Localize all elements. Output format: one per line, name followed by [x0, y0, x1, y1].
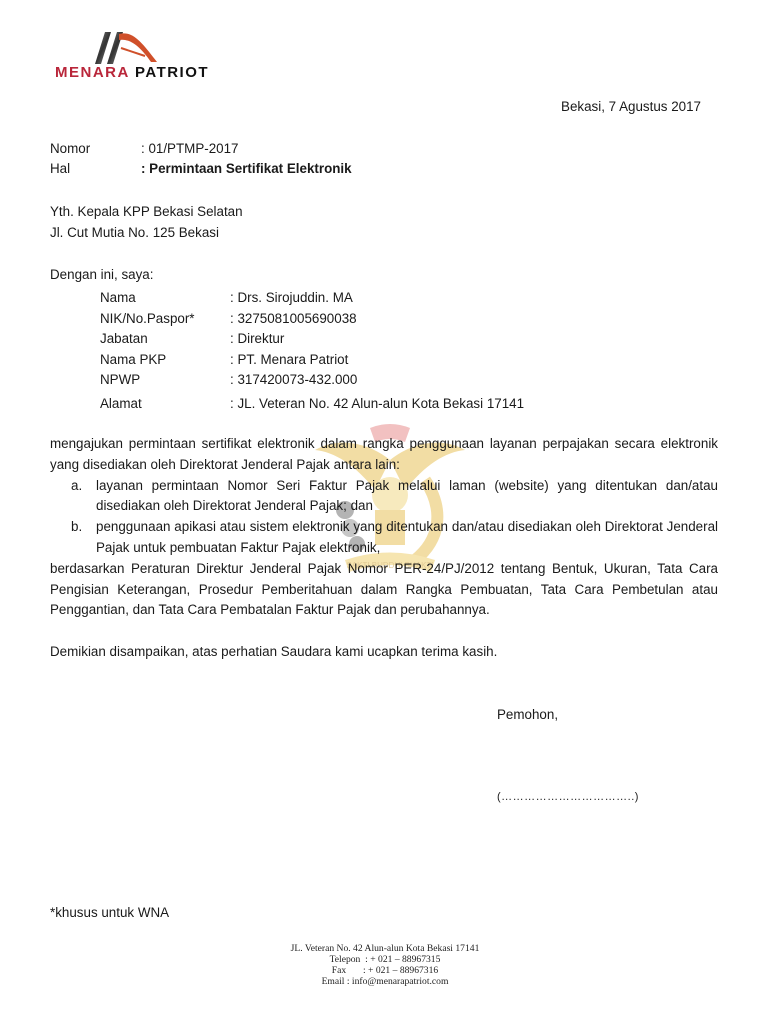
intro-text: Dengan ini, saya:: [50, 267, 153, 282]
identity-row: Nama: Drs. Sirojuddin. MA: [100, 288, 524, 309]
identity-label: NIK/No.Paspor*: [100, 309, 230, 330]
identity-row: Nama PKP: PT. Menara Patriot: [100, 350, 524, 371]
recipient-line1: Yth. Kepala KPP Bekasi Selatan: [50, 204, 243, 219]
body-section: mengajukan permintaan sertifikat elektro…: [50, 434, 718, 663]
list-marker: b.: [71, 517, 82, 538]
identity-value: : JL. Veteran No. 42 Alun-alun Kota Beka…: [230, 396, 524, 411]
signature-label: Pemohon,: [497, 707, 558, 722]
identity-row: NIK/No.Paspor*: 3275081005690038: [100, 309, 524, 330]
letter-date: Bekasi, 7 Agustus 2017: [561, 99, 701, 114]
signature-blank: (……………………………..): [497, 791, 639, 803]
company-logo: MENARA PATRIOT: [55, 26, 215, 86]
identity-table: Nama: Drs. Sirojuddin. MA NIK/No.Paspor*…: [100, 288, 524, 415]
list-marker: a.: [71, 476, 82, 497]
identity-value: : Direktur: [230, 331, 284, 346]
identity-label: Nama: [100, 288, 230, 309]
identity-value: : 3275081005690038: [230, 311, 357, 326]
company-name: MENARA PATRIOT: [55, 64, 209, 81]
list-item-a: a. layanan permintaan Nomor Seri Faktur …: [50, 476, 718, 518]
footer-phone: Telepon : + 021 – 88967315: [270, 954, 500, 965]
paragraph-regulation: berdasarkan Peraturan Direktur Jenderal …: [50, 559, 718, 621]
identity-row: Jabatan: Direktur: [100, 329, 524, 350]
identity-label: NPWP: [100, 370, 230, 391]
hal-label: Hal: [50, 161, 141, 176]
paragraph-closing: Demikian disampaikan, atas perhatian Sau…: [50, 642, 718, 663]
identity-value: : 317420073-432.000: [230, 372, 357, 387]
identity-label: Nama PKP: [100, 350, 230, 371]
company-name-part1: MENARA: [55, 64, 129, 81]
letter-footer: JL. Veteran No. 42 Alun-alun Kota Bekasi…: [270, 943, 500, 987]
footnote: *khusus untuk WNA: [50, 905, 169, 920]
list-item-b: b. penggunaan apikasi atau sistem elektr…: [50, 517, 718, 559]
footer-email: Email : info@menarapatriot.com: [270, 976, 500, 987]
hal-value: : Permintaan Sertifikat Elektronik: [141, 161, 352, 176]
footer-address: JL. Veteran No. 42 Alun-alun Kota Bekasi…: [270, 943, 500, 954]
list-text: layanan permintaan Nomor Seri Faktur Paj…: [96, 478, 718, 514]
identity-label: Alamat: [100, 394, 230, 415]
identity-value: : PT. Menara Patriot: [230, 352, 348, 367]
logo-mark-icon: [85, 26, 165, 66]
paragraph-request: mengajukan permintaan sertifikat elektro…: [50, 434, 718, 476]
identity-row: Alamat: JL. Veteran No. 42 Alun-alun Kot…: [100, 394, 524, 415]
identity-value: : Drs. Sirojuddin. MA: [230, 290, 353, 305]
nomor-row: Nomor: 01/PTMP-2017: [50, 141, 239, 156]
footer-fax: Fax : + 021 – 88967316: [270, 965, 500, 976]
company-name-part2: PATRIOT: [135, 64, 209, 81]
nomor-value: : 01/PTMP-2017: [141, 141, 239, 156]
nomor-label: Nomor: [50, 141, 141, 156]
identity-row: NPWP: 317420073-432.000: [100, 370, 524, 391]
recipient-line2: Jl. Cut Mutia No. 125 Bekasi: [50, 225, 219, 240]
identity-label: Jabatan: [100, 329, 230, 350]
hal-row: Hal: Permintaan Sertifikat Elektronik: [50, 161, 352, 176]
list-text: penggunaan apikasi atau sistem elektroni…: [96, 519, 718, 555]
